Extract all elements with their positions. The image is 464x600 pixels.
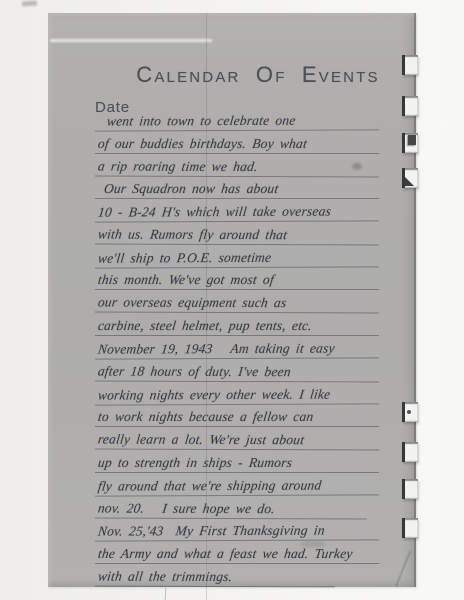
handwritten-line: with us. Rumors fly around that	[95, 221, 379, 245]
ink-smudge	[352, 163, 362, 170]
handwritten-text: November 19, 1943 Am taking it easy	[97, 340, 336, 357]
handwritten-line: we'll ship to P.O.E. sometime	[95, 244, 379, 268]
scan-light-streak	[50, 39, 212, 42]
handwritten-line: the Army and what a feast we had. Turkey	[95, 541, 379, 564]
handwritten-text: really learn a lot. We're just about	[97, 431, 305, 448]
handwritten-line: up to strength in ships - Rumors	[95, 450, 379, 473]
handwritten-text: our overseas equipment such as	[97, 295, 288, 312]
handwritten-text: went into town to celebrate one	[106, 113, 296, 130]
handwritten-line: really learn a lot. We're just about	[95, 427, 379, 451]
handwritten-text: we'll ship to P.O.E. sometime	[97, 249, 272, 266]
handwritten-text: this month. We've got most of	[97, 272, 275, 288]
scanned-photo-background: Calendar Of Events Date went into town t…	[0, 0, 464, 600]
page-title: Calendar Of Events	[108, 62, 408, 88]
handwritten-line: Nov. 25,'43 My First Thanksgiving in	[95, 518, 379, 542]
handwritten-line: November 19, 1943 Am taking it easy	[95, 335, 379, 359]
binding-notch	[402, 96, 418, 116]
handwritten-text: the Army and what a feast we had. Turkey	[97, 546, 354, 562]
handwritten-line: working nights every other week. I like	[95, 381, 379, 405]
binding-notch	[402, 55, 418, 75]
fold-line-tail	[165, 588, 167, 600]
handwritten-text: with us. Rumors fly around that	[97, 226, 288, 243]
handwritten-line: of our buddies birthdays. Boy what	[95, 131, 379, 154]
handwritten-line: with all the trimmings.	[95, 564, 335, 588]
binding-notch	[402, 479, 418, 499]
handwritten-line: Our Squadron now has about	[95, 176, 379, 199]
handwritten-text: working nights every other week. I like	[97, 386, 331, 403]
handwritten-line: this month. We've got most of	[95, 268, 379, 291]
handwritten-text: fly around that we're shipping around	[97, 477, 322, 494]
handwritten-text: 10 - B-24 H's which will take overseas	[97, 204, 332, 221]
binding-notch	[402, 168, 418, 188]
ink-smudge	[300, 541, 326, 547]
handwritten-line: went into town to celebrate one	[95, 107, 379, 131]
handwritten-text: Our Squadron now has about	[103, 181, 279, 197]
handwritten-text: nov. 20. I sure hope we do.	[97, 500, 276, 517]
handwritten-text: up to strength in ships - Rumors	[97, 455, 293, 471]
handwritten-line: nov. 20. I sure hope we do.	[95, 495, 367, 519]
scan-smudge	[22, 0, 37, 6]
handwritten-line: 10 - B-24 H's which will take overseas	[95, 199, 379, 223]
handwritten-line: carbine, steel helmet, pup tents, etc.	[95, 313, 379, 336]
binding-notch	[402, 402, 418, 422]
handwritten-text: after 18 hours of duty. I've been	[97, 363, 292, 380]
handwritten-line: after 18 hours of duty. I've been	[95, 358, 379, 382]
binding-notch	[402, 442, 418, 462]
scrapbook-page: Calendar Of Events Date went into town t…	[48, 13, 416, 587]
handwritten-text: carbine, steel helmet, pup tents, etc.	[97, 318, 313, 334]
handwritten-text: a rip roaring time we had.	[97, 158, 259, 175]
binding-notch	[402, 133, 418, 153]
binding-notch	[402, 518, 418, 538]
handwritten-line: a rip roaring time we had.	[95, 153, 379, 177]
handwritten-line: to work nights because a fellow can	[95, 404, 379, 427]
handwritten-line: fly around that we're shipping around	[95, 472, 379, 496]
page-crease	[395, 551, 411, 587]
handwritten-text: with all the trimmings.	[97, 568, 233, 584]
handwritten-line: our overseas equipment such as	[95, 290, 379, 314]
handwritten-text: Nov. 25,'43 My First Thanksgiving in	[97, 523, 326, 540]
fold-line	[206, 13, 207, 600]
handwritten-text: of our buddies birthdays. Boy what	[97, 136, 308, 152]
handwritten-entries: went into town to celebrate oneof our bu…	[95, 108, 380, 587]
